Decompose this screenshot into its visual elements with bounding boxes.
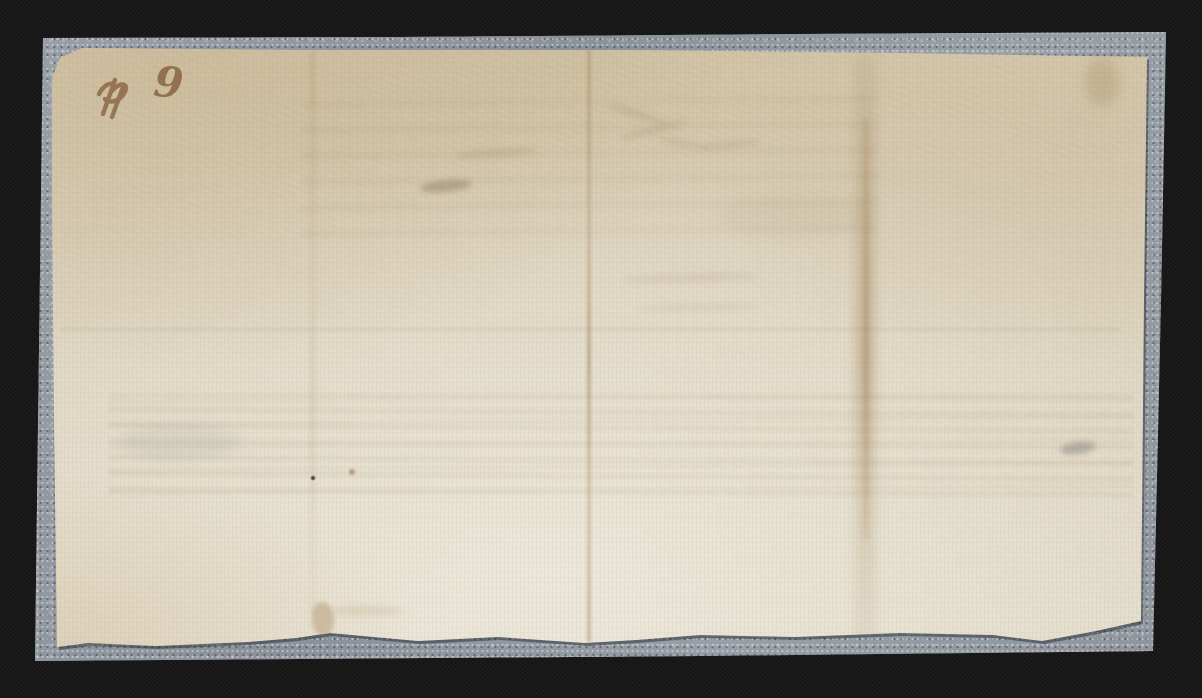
stain-drip-bottom xyxy=(312,602,334,636)
stain-drip-tail xyxy=(330,606,402,616)
paper-sheet: 9 xyxy=(0,0,1202,698)
ink-bleedthrough-lower xyxy=(108,393,1134,498)
faint-stain xyxy=(720,195,870,239)
scan-backdrop: 9 xyxy=(0,0,1202,698)
crosshatch-flourish-icon xyxy=(90,74,146,122)
page-number-numeral: 9 xyxy=(152,61,185,106)
horizontal-crease xyxy=(60,328,1120,331)
handwritten-number-mark: 9 xyxy=(90,70,200,124)
ink-dot xyxy=(311,476,315,480)
gray-smudge-left xyxy=(120,425,240,459)
ink-dot xyxy=(349,469,355,475)
stain-top-right xyxy=(1085,58,1119,106)
